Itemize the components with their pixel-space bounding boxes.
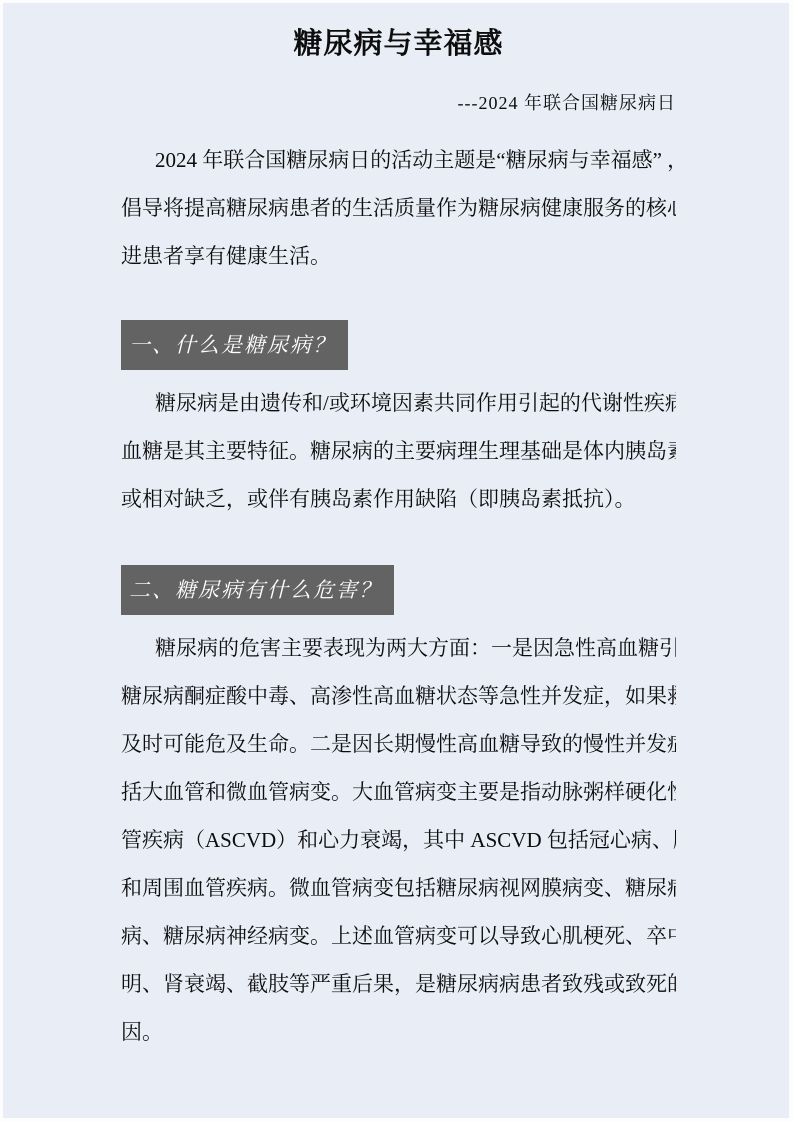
- text-line: 进患者享有健康生活。: [121, 232, 676, 280]
- text-line: 2024 年联合国糖尿病日的活动主题是“糖尿病与幸福感” ，: [121, 136, 676, 184]
- text-line: 管疾病（ASCVD）和心力衰竭，其中 ASCVD 包括冠心病、脑血管疾病: [121, 816, 676, 864]
- intro-paragraph: 2024 年联合国糖尿病日的活动主题是“糖尿病与幸福感” ，倡导将提高糖尿病患者…: [121, 136, 676, 280]
- text-line: 括大血管和微血管病变。大血管病变主要是指动脉粥样硬化性心血: [121, 768, 676, 816]
- document-page: 糖尿病与幸福感 ---2024 年联合国糖尿病日 2024 年联合国糖尿病日的活…: [0, 0, 793, 1122]
- section-1-paragraph: 糖尿病是由遗传和/或环境因素共同作用引起的代谢性疾病，高血糖是其主要特征。糖尿病…: [121, 379, 676, 523]
- text-line: 病、糖尿病神经病变。上述血管病变可以导致心肌梗死、卒中、失: [121, 912, 676, 960]
- text-line: 明、肾衰竭、截肢等严重后果，是糖尿病病患者致残或致死的主要原: [121, 960, 676, 1008]
- section-1-heading: 一、什么是糖尿病？: [121, 320, 348, 370]
- section-1: 一、什么是糖尿病？ 糖尿病是由遗传和/或环境因素共同作用引起的代谢性疾病，高血糖…: [121, 320, 676, 523]
- section-2-heading: 二、糖尿病有什么危害？: [121, 565, 394, 615]
- text-line: 倡导将提高糖尿病患者的生活质量作为糖尿病健康服务的核心，促: [121, 184, 676, 232]
- text-line: 因。: [121, 1008, 676, 1056]
- section-1-heading-wrap: 一、什么是糖尿病？: [121, 320, 676, 370]
- text-line: 或相对缺乏，或伴有胰岛素作用缺陷（即胰岛素抵抗）。: [121, 475, 676, 523]
- section-2-paragraph: 糖尿病的危害主要表现为两大方面：一是因急性高血糖引起的糖尿病酮症酸中毒、高渗性高…: [121, 624, 676, 1056]
- text-line: 及时可能危及生命。二是因长期慢性高血糖导致的慢性并发症，包: [121, 720, 676, 768]
- text-line: 糖尿病的危害主要表现为两大方面：一是因急性高血糖引起的: [121, 624, 676, 672]
- text-line: 和周围血管疾病。微血管病变包括糖尿病视网膜病变、糖尿病肾脏: [121, 864, 676, 912]
- text-line: 糖尿病酮症酸中毒、高渗性高血糖状态等急性并发症，如果救治不: [121, 672, 676, 720]
- text-line: 糖尿病是由遗传和/或环境因素共同作用引起的代谢性疾病，高: [121, 379, 676, 427]
- document-title: 糖尿病与幸福感: [121, 22, 676, 66]
- document-content-area: 糖尿病与幸福感 ---2024 年联合国糖尿病日 2024 年联合国糖尿病日的活…: [3, 3, 789, 1118]
- document-subtitle: ---2024 年联合国糖尿病日: [121, 88, 676, 118]
- section-2: 二、糖尿病有什么危害？ 糖尿病的危害主要表现为两大方面：一是因急性高血糖引起的糖…: [121, 565, 676, 1056]
- text-line: 血糖是其主要特征。糖尿病的主要病理生理基础是体内胰岛素绝对: [121, 427, 676, 475]
- section-2-heading-wrap: 二、糖尿病有什么危害？: [121, 565, 676, 615]
